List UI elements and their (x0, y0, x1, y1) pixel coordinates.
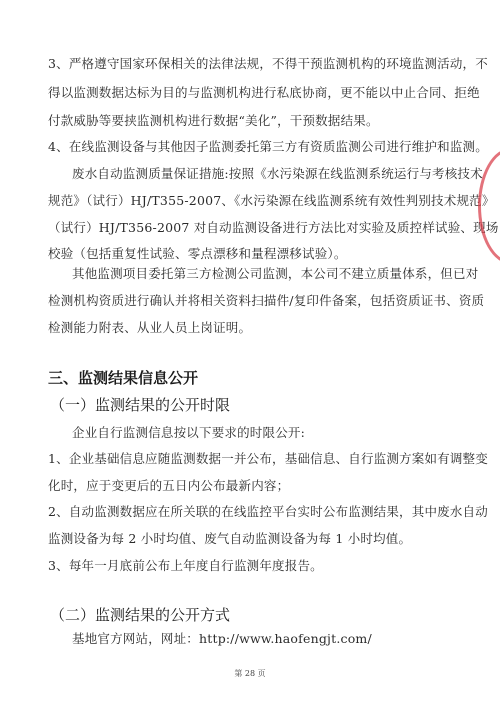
section-heading: 三、监测结果信息公开 (48, 367, 198, 388)
item3-line2: 得以监测数据达标为目的与监测机构进行私底协商，更不能以中止合同、拒绝 (48, 85, 480, 101)
wastewater-qa-line2: 规范》（试行）HJ/T355-2007、《水污染源在线监测系统有效性判别技术规范… (48, 193, 495, 209)
other-monitoring-line2: 检测机构资质进行确认并将相关资料扫描件/复印件备案，包括资质证书、资质 (48, 293, 484, 309)
other-monitoring-line3: 检测能力附表、从业人员上岗证明。 (48, 320, 251, 336)
timing-item3: 3、每年一月底前公布上年度自行监测年度报告。 (48, 558, 323, 574)
wastewater-qa-line1: 废水自动监测质量保证措施:按照《水污染源在线监测系统运行与考核技术 (72, 166, 483, 182)
timing-item2-line1: 2、自动监测数据应在所关联的在线监控平台实时公布监测结果，其中废水自动 (48, 504, 488, 520)
item3-line3: 付款威胁等要挟监测机构进行数据“美化”，干预数据结果。 (48, 113, 379, 129)
timing-item1-line1: 1、企业基础信息应随监测数据一并公布，基础信息、自行监测方案如有调整变 (48, 451, 488, 467)
subsection-heading-1: （一）监测结果的公开时限 (50, 394, 230, 415)
item4: 4、在线监测设备与其他因子监测委托第三方有资质监测公司进行维护和监测。 (48, 139, 488, 155)
timing-intro: 企业自行监测信息按以下要求的时限公开: (72, 425, 305, 441)
page-number: 第 28 页 (0, 668, 500, 679)
timing-item2-line2: 监测设备为每 2 小时均值、废气自动监测设备为每 1 小时均值。 (48, 531, 411, 547)
wastewater-qa-line4: 校验（包括重复性试验、零点漂移和量程漂移试验）。 (48, 246, 347, 262)
subsection-heading-2: （二）监测结果的公开方式 (50, 604, 230, 625)
wastewater-qa-line3: （试行）HJ/T356-2007 对自动监测设备进行方法比对实验及质控样试验、现… (48, 220, 499, 236)
website-line: 基地官方网站，网址：http://www.haofengjt.com/ (72, 631, 372, 647)
timing-item1-line2: 化时，应于变更后的五日内公布最新内容； (48, 478, 289, 494)
document-page: 3、严格遵守国家环保相关的法律法规，不得干预监测机构的环境监测活动，不 得以监测… (0, 0, 500, 707)
other-monitoring-line1: 其他监测项目委托第三方检测公司监测，本公司不建立质量体系，但已对 (72, 266, 478, 282)
item3-line1: 3、严格遵守国家环保相关的法律法规，不得干预监测机构的环境监测活动，不 (48, 56, 488, 72)
